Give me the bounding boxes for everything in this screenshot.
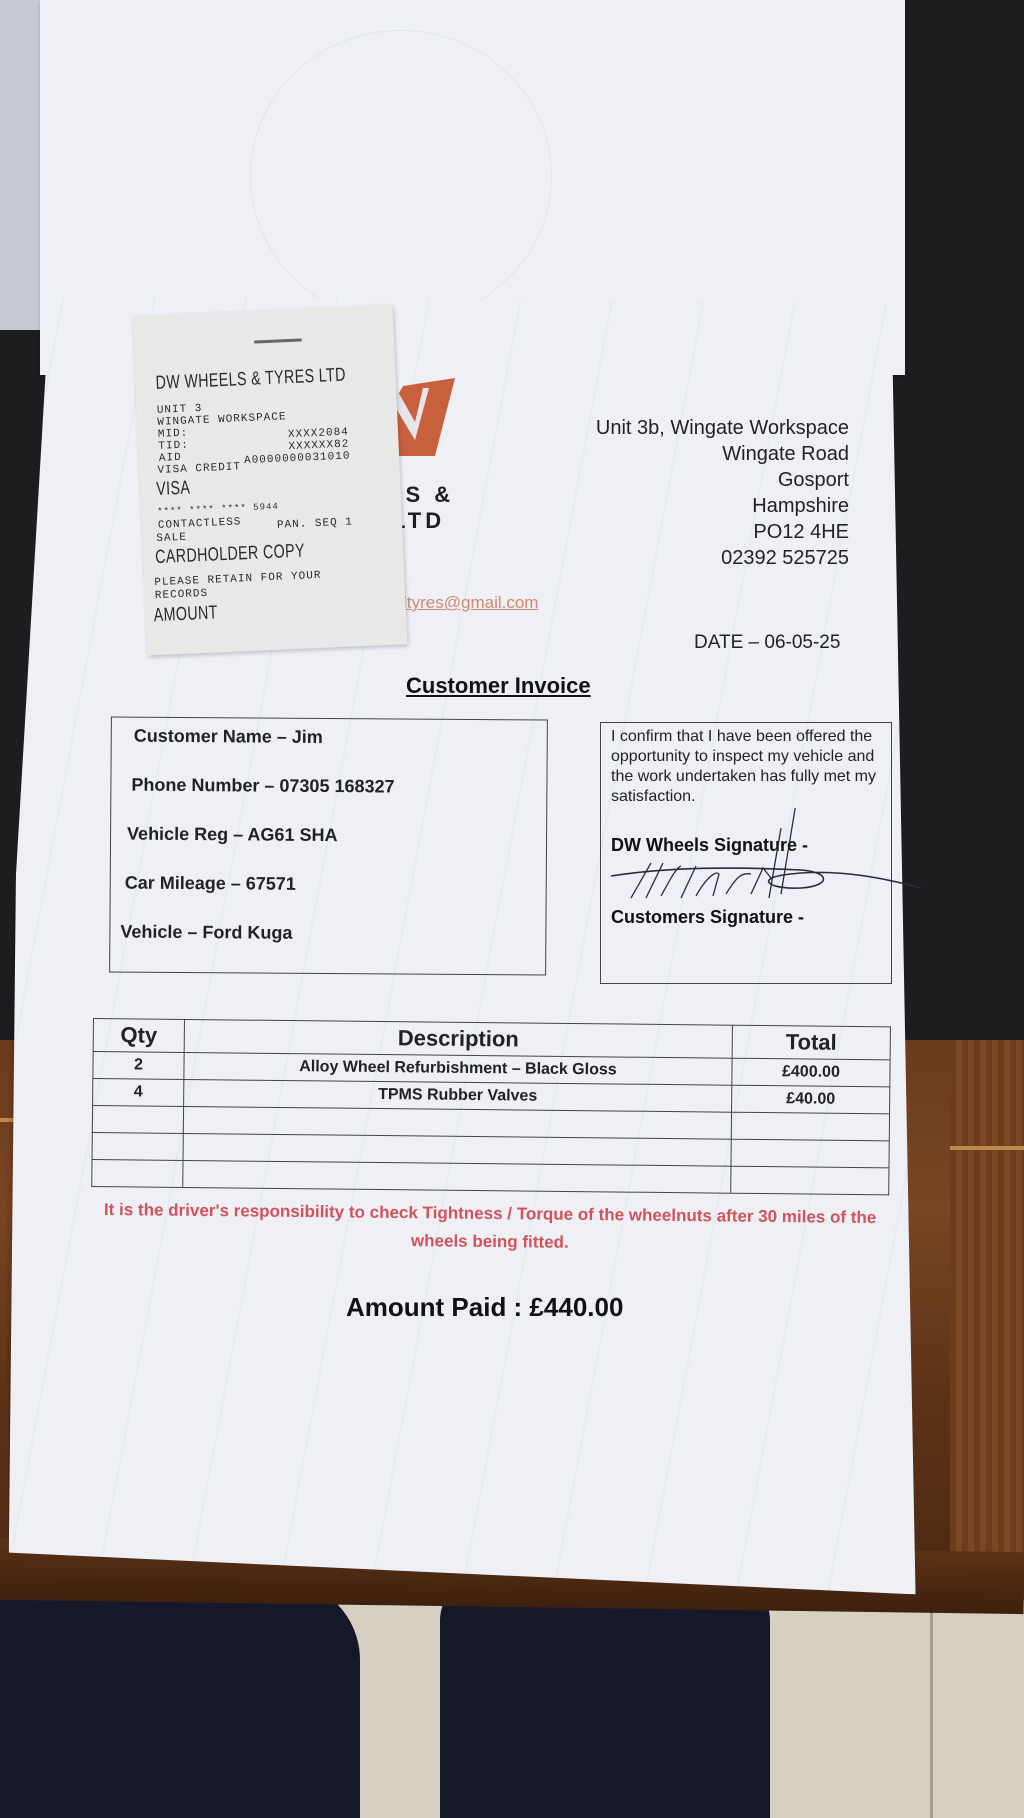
paper-watermark xyxy=(250,30,552,322)
row-total xyxy=(731,1112,889,1141)
torque-warning: It is the driver's responsibility to che… xyxy=(95,1196,886,1260)
vehicle-model: Vehicle – Ford Kuga xyxy=(120,922,292,944)
row-qty xyxy=(92,1132,183,1160)
vehicle-reg: Vehicle Reg – AG61 SHA xyxy=(127,824,338,846)
row-qty xyxy=(92,1159,183,1187)
customer-details-box: Customer Name – Jim Phone Number – 07305… xyxy=(109,716,548,975)
row-qty: 2 xyxy=(93,1052,184,1080)
customer-phone: Phone Number – 07305 168327 xyxy=(131,775,394,798)
row-total: £400.00 xyxy=(732,1058,890,1087)
receipt-copy-type: CARDHOLDER COPY xyxy=(155,541,306,570)
address-line: PO12 4HE xyxy=(596,519,849,545)
row-qty: 4 xyxy=(93,1079,184,1107)
email-link[interactable]: ndtyres@gmail.com xyxy=(388,593,538,613)
receipt-aid-value: A0000000031010 xyxy=(244,450,351,467)
card-receipt: DW WHEELS & TYRES LTD UNIT 3 WINGATE WOR… xyxy=(133,304,408,655)
row-qty xyxy=(92,1106,183,1134)
invoice-date: DATE – 06-05-25 xyxy=(694,632,840,654)
header-qty: Qty xyxy=(93,1019,184,1053)
row-total: £40.00 xyxy=(732,1085,890,1114)
company-address: Unit 3b, Wingate Workspace Wingate Road … xyxy=(596,415,849,571)
row-total xyxy=(731,1166,889,1195)
receipt-retain-note: RECORDS xyxy=(155,588,209,602)
line-items-table: Qty Description Total 2 Alloy Wheel Refu… xyxy=(91,1018,891,1195)
row-description xyxy=(183,1160,731,1193)
address-line: Hampshire xyxy=(596,493,849,519)
person-leg-left xyxy=(0,1580,360,1818)
floor-tile-line xyxy=(930,1600,933,1818)
handwritten-signature xyxy=(601,808,921,908)
address-phone: 02392 525725 xyxy=(596,545,849,571)
wooden-table-edge xyxy=(950,1040,1024,1600)
receipt-card-type: VISA CREDIT xyxy=(157,461,241,477)
row-total xyxy=(731,1139,889,1168)
receipt-aid-label: AID xyxy=(159,452,182,465)
car-mileage: Car Mileage – 67571 xyxy=(125,873,296,895)
address-line: Wingate Road xyxy=(596,441,849,467)
address-line: Unit 3b, Wingate Workspace xyxy=(596,415,849,441)
invoice-title: Customer Invoice xyxy=(406,673,591,699)
person-leg-right xyxy=(440,1580,770,1818)
receipt-entry-mode: CONTACTLESS xyxy=(158,516,242,532)
header-total: Total xyxy=(732,1025,890,1060)
wood-inlay-line xyxy=(950,1146,1024,1150)
receipt-amount-label: AMOUNT xyxy=(153,602,218,627)
customer-name: Customer Name – Jim xyxy=(134,726,323,748)
receipt-retain-note: PLEASE RETAIN FOR YOUR xyxy=(154,570,322,589)
receipt-merchant: DW WHEELS & TYRES LTD xyxy=(155,365,346,395)
receipt-tid-label: TID: xyxy=(158,440,189,453)
confirmation-box: I confirm that I have been offered the o… xyxy=(600,722,892,984)
receipt-card-brand: VISA xyxy=(156,477,191,500)
customer-signature-label: Customers Signature - xyxy=(611,907,804,928)
receipt-pan-seq: PAN. SEQ 1 xyxy=(277,516,353,531)
receipt-transaction-type: SALE xyxy=(156,532,187,545)
amount-paid: Amount Paid : £440.00 xyxy=(346,1292,623,1323)
confirmation-text: I confirm that I have been offered the o… xyxy=(611,727,881,807)
address-line: Gosport xyxy=(596,467,849,493)
staple-icon xyxy=(254,338,302,343)
receipt-card-number: **** **** **** 5944 xyxy=(157,502,279,517)
